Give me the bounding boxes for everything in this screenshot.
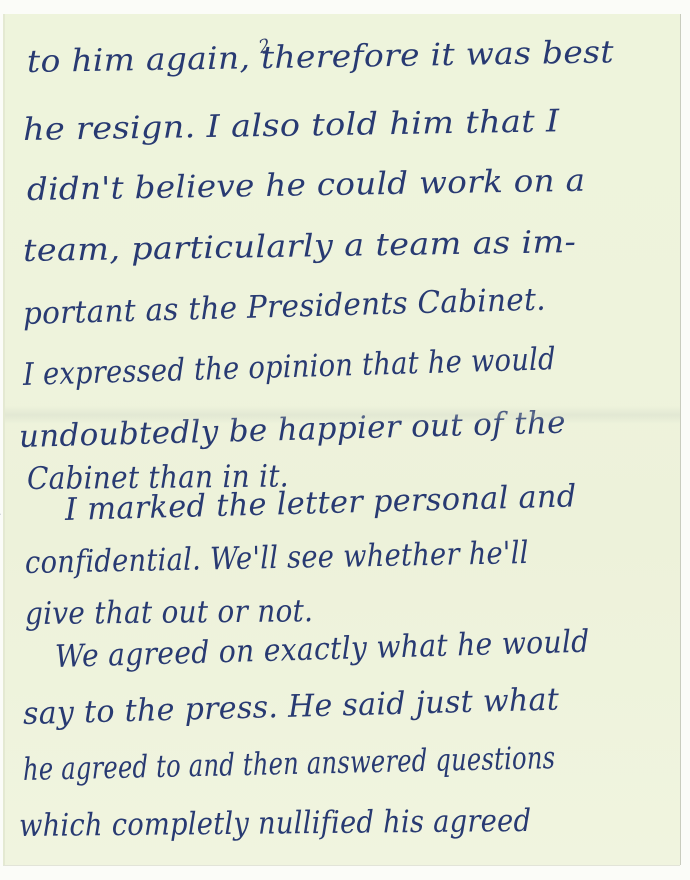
handwritten-line: which completly nullified his agreed (19, 803, 531, 844)
handwritten-line: team, particularly a team as im- (23, 224, 577, 269)
letter-page: 2 to him again, therefore it was best he… (3, 14, 680, 865)
handwritten-line: I expressed the opinion that he would (23, 341, 557, 393)
handwritten-line: didn't believe he could work on a (27, 163, 586, 208)
handwritten-line: say to the press. He said just what (23, 682, 560, 732)
handwritten-line: undoubtedly be happier out of the (19, 405, 567, 455)
handwritten-line: We agreed on exactly what he would (55, 624, 590, 675)
handwritten-line: he agreed to and then answered questions (23, 740, 556, 788)
handwritten-line: to him again, therefore it was best (27, 34, 614, 80)
handwritten-line: confidential. We'll see whether he'll (25, 535, 529, 581)
handwritten-line: he resign. I also told him that I (23, 103, 560, 148)
handwritten-line: portant as the Presidents Cabinet. (23, 282, 547, 332)
handwritten-line: give that out or not. (25, 593, 313, 632)
